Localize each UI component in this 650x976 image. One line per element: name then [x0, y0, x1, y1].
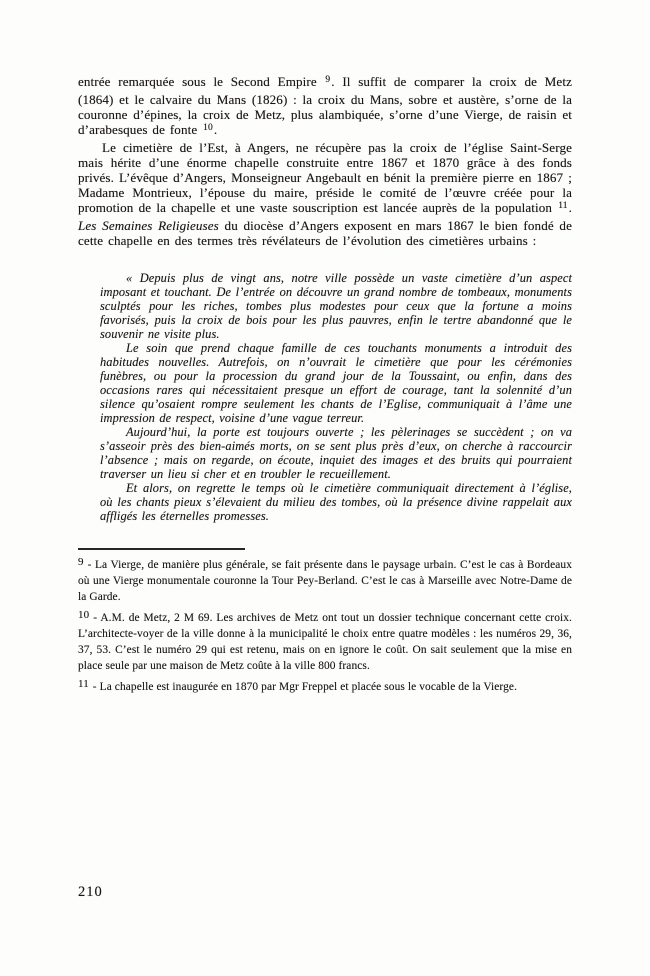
- quote-paragraph-1: « Depuis plus de vingt ans, notre ville …: [100, 271, 572, 341]
- page-number: 210: [78, 884, 103, 901]
- footnote-ref-9: 9: [324, 75, 331, 85]
- footnote-ref-10: 10: [202, 123, 214, 133]
- body-paragraph-1-text: .: [214, 122, 217, 137]
- footnote-9-text: - La Vierge, de manière plus générale, s…: [78, 559, 572, 603]
- footnote-9-marker: 9: [78, 556, 84, 568]
- book-page: entrée remarquée sous le Second Empire 9…: [0, 0, 650, 976]
- footnote-11-text: - La chapelle est inaugurée en 1870 par …: [93, 681, 517, 693]
- footnotes-section: 9- La Vierge, de manière plus générale, …: [78, 557, 572, 695]
- text-column: entrée remarquée sous le Second Empire 9…: [78, 74, 572, 695]
- footnote-11-marker: 11: [78, 678, 89, 690]
- footnote-10-marker: 10: [78, 609, 89, 621]
- footnote-ref-11: 11: [557, 201, 568, 211]
- journal-title: Les Semaines Religieuses: [78, 218, 219, 233]
- quote-paragraph-4: Et alors, on regrette le temps où le cim…: [100, 481, 572, 523]
- footnote-10-text: - A.M. de Metz, 2 M 69. Les archives de …: [78, 612, 572, 672]
- body-paragraph-1-text: entrée remarquée sous le Second Empire: [78, 74, 324, 89]
- footnote-11: 11- La chapelle est inaugurée en 1870 pa…: [78, 679, 572, 695]
- quote-paragraph-3: Aujourd’hui, la porte est toujours ouver…: [100, 425, 572, 481]
- body-paragraph-1: entrée remarquée sous le Second Empire 9…: [78, 74, 572, 140]
- footnote-10: 10- A.M. de Metz, 2 M 69. Les archives d…: [78, 610, 572, 674]
- body-paragraph-2-text: .: [569, 200, 572, 215]
- footnote-9: 9- La Vierge, de manière plus générale, …: [78, 557, 572, 605]
- body-paragraph-2-text: Le cimetière de l’Est, à Angers, ne récu…: [78, 140, 572, 215]
- block-quote: « Depuis plus de vingt ans, notre ville …: [100, 271, 572, 523]
- quote-paragraph-2: Le soin que prend chaque famille de ces …: [100, 341, 572, 425]
- footnote-divider: [78, 548, 245, 550]
- body-paragraph-2: Le cimetière de l’Est, à Angers, ne récu…: [78, 140, 572, 248]
